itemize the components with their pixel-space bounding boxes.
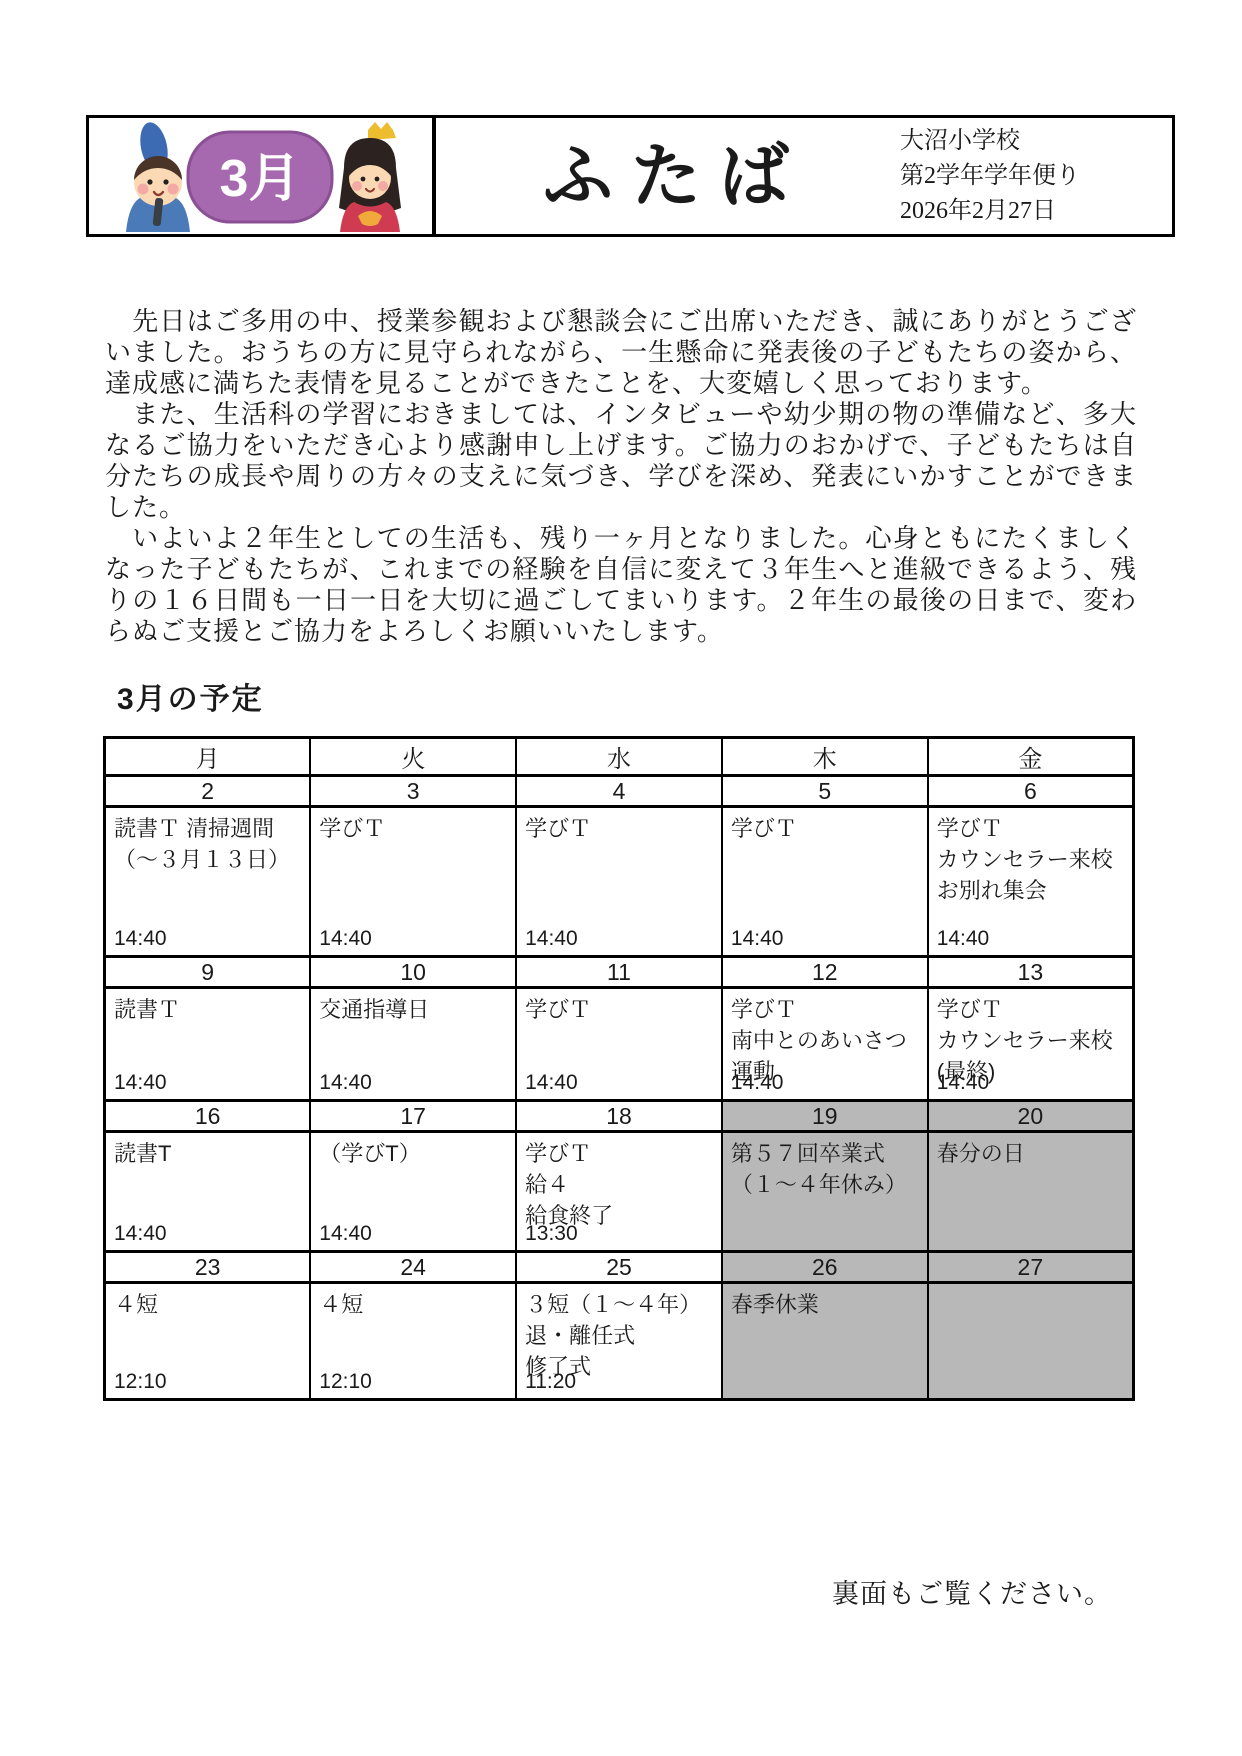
- event-line: （～３月１３日）: [114, 844, 301, 875]
- event-line: 学びＴ: [525, 813, 713, 844]
- weekday-header-row: 月 火 水 木 金: [105, 738, 1134, 776]
- date-cell: 25: [516, 1252, 722, 1283]
- dismissal-time: 13:30: [525, 1222, 578, 1246]
- event-line: 交通指導日: [319, 994, 507, 1025]
- date-row-week-4: 2324252627: [105, 1252, 1134, 1283]
- title-cell: ふたば: [436, 118, 900, 234]
- event-line: 学びＴ: [731, 813, 919, 844]
- dismissal-time: 14:40: [525, 1071, 578, 1095]
- date-row-week-2: 910111213: [105, 957, 1134, 988]
- event-line: ４短: [114, 1289, 301, 1320]
- schedule-table: 月 火 水 木 金 23456読書Ｔ 清掃週間（～３月１３日）14:40学びＴ1…: [103, 736, 1135, 1401]
- newsletter-title: ふたば: [529, 141, 807, 211]
- event-cell: 読書Ｔ 清掃週間（～３月１３日）14:40: [105, 807, 311, 957]
- weekday-fri: 金: [928, 738, 1134, 776]
- header-box: 3月 ふたば: [86, 115, 1175, 237]
- event-line: 第５７回卒業式: [731, 1138, 919, 1169]
- paragraph-greeting: 先日はご多用の中、授業参観および懇談会にご出席いただき、誠にありがとうございまし…: [105, 306, 1137, 399]
- event-lines: 読書T: [114, 1138, 301, 1169]
- event-cell: ３短（１～４年）退・離任式修了式11:20: [516, 1283, 722, 1400]
- school-name: 大沼小学校: [900, 124, 1166, 159]
- dismissal-time: 14:40: [731, 1071, 784, 1095]
- event-lines: 春分の日: [937, 1138, 1124, 1169]
- date-cell: 6: [928, 776, 1134, 807]
- boy-doll-icon: [126, 120, 190, 232]
- date-row-week-1: 23456: [105, 776, 1134, 807]
- date-cell: 20: [928, 1101, 1134, 1132]
- event-cell: 読書Ｔ14:40: [105, 988, 311, 1101]
- event-lines: 学びＴ給４給食終了: [525, 1138, 713, 1231]
- dismissal-time: 11:20: [525, 1370, 576, 1394]
- weekday-thu: 木: [722, 738, 928, 776]
- event-line: 給４: [525, 1169, 713, 1200]
- event-lines: ３短（１～４年）退・離任式修了式: [525, 1289, 713, 1382]
- footer-note: 裏面もご覧ください。: [832, 1572, 1112, 1611]
- event-row-week-2: 読書Ｔ14:40交通指導日14:40学びＴ14:40学びＴ南中とのあいさつ運動1…: [105, 988, 1134, 1101]
- month-badge: 3月: [188, 132, 332, 222]
- hina-dolls-illustration: 3月: [96, 120, 426, 232]
- event-lines: 学びＴ: [731, 813, 919, 844]
- event-cell: 学びＴカウンセラー来校お別れ集会14:40: [928, 807, 1134, 957]
- dismissal-time: 14:40: [319, 1222, 372, 1246]
- event-cell: 読書T14:40: [105, 1132, 311, 1252]
- event-line: 学びＴ: [937, 994, 1124, 1025]
- dismissal-time: 14:40: [937, 927, 990, 951]
- date-cell: 10: [310, 957, 516, 988]
- issue-date: 2026年2月27日: [900, 194, 1166, 229]
- date-cell: 5: [722, 776, 928, 807]
- header-illustration-cell: 3月: [89, 118, 436, 234]
- weekday-mon: 月: [105, 738, 311, 776]
- paragraph-seikatsuka: また、生活科の学習におきましては、インタビューや幼少期の物の準備など、多大なるご…: [105, 399, 1137, 523]
- event-line: 読書T: [114, 1138, 301, 1169]
- event-line: 読書Ｔ 清掃週間: [114, 813, 301, 844]
- dismissal-time: 14:40: [319, 927, 372, 951]
- event-cell: 学びＴ14:40: [310, 807, 516, 957]
- event-lines: 交通指導日: [319, 994, 507, 1025]
- date-cell: 18: [516, 1101, 722, 1132]
- event-cell: 学びＴ給４給食終了13:30: [516, 1132, 722, 1252]
- event-lines: （学びT）: [319, 1138, 507, 1169]
- schedule-heading: 3月の予定: [117, 674, 264, 718]
- event-line: 春分の日: [937, 1138, 1124, 1169]
- event-cell: 学びＴ14:40: [516, 988, 722, 1101]
- date-cell: 11: [516, 957, 722, 988]
- event-cell: 学びＴ南中とのあいさつ運動14:40: [722, 988, 928, 1101]
- date-cell: 9: [105, 957, 311, 988]
- event-lines: 学びＴ: [319, 813, 507, 844]
- event-line: 読書Ｔ: [114, 994, 301, 1025]
- event-line: 学びＴ: [937, 813, 1124, 844]
- weekday-tue: 火: [310, 738, 516, 776]
- date-cell: 3: [310, 776, 516, 807]
- event-lines: ４短: [319, 1289, 507, 1320]
- dismissal-time: 14:40: [319, 1071, 372, 1095]
- dismissal-time: 12:10: [319, 1370, 372, 1394]
- event-line: 春季休業: [731, 1289, 919, 1320]
- schedule-table-body: 23456読書Ｔ 清掃週間（～３月１３日）14:40学びＴ14:40学びＴ14:…: [105, 776, 1134, 1400]
- dismissal-time: 14:40: [114, 927, 167, 951]
- weekday-wed: 水: [516, 738, 722, 776]
- date-cell: 17: [310, 1101, 516, 1132]
- dismissal-time: 14:40: [114, 1071, 167, 1095]
- date-cell: 4: [516, 776, 722, 807]
- date-cell: 24: [310, 1252, 516, 1283]
- school-info: 大沼小学校 第2学年学年便り 2026年2月27日: [900, 118, 1172, 234]
- date-cell: 2: [105, 776, 311, 807]
- girl-doll-icon: [339, 122, 401, 232]
- event-cell: 春季休業: [722, 1283, 928, 1400]
- event-lines: 学びＴカウンセラー来校お別れ集会: [937, 813, 1124, 906]
- event-line: カウンセラー来校: [937, 844, 1124, 875]
- date-row-week-3: 1617181920: [105, 1101, 1134, 1132]
- event-row-week-3: 読書T14:40（学びT）14:40学びＴ給４給食終了13:30第５７回卒業式（…: [105, 1132, 1134, 1252]
- event-row-week-1: 読書Ｔ 清掃週間（～３月１３日）14:40学びＴ14:40学びＴ14:40学びＴ…: [105, 807, 1134, 957]
- date-cell: 12: [722, 957, 928, 988]
- event-lines: 春季休業: [731, 1289, 919, 1320]
- event-line: 学びＴ: [731, 994, 919, 1025]
- event-lines: 学びＴ: [525, 813, 713, 844]
- event-line: お別れ集会: [937, 875, 1124, 906]
- event-cell: 学びＴ14:40: [516, 807, 722, 957]
- grade-newsletter: 第2学年学年便り: [900, 159, 1166, 194]
- event-row-week-4: ４短12:10４短12:10３短（１～４年）退・離任式修了式11:20春季休業: [105, 1283, 1134, 1400]
- event-cell: ４短12:10: [310, 1283, 516, 1400]
- dismissal-time: 14:40: [525, 927, 578, 951]
- event-cell: 第５７回卒業式（１～４年休み）: [722, 1132, 928, 1252]
- event-lines: 学びＴ: [525, 994, 713, 1025]
- month-badge-label: 3月: [219, 150, 300, 208]
- event-line: 学びＴ: [525, 1138, 713, 1169]
- date-cell: 19: [722, 1101, 928, 1132]
- event-cell: [928, 1283, 1134, 1400]
- paragraph-closing: いよいよ２年生としての生活も、残り一ヶ月となりました。心身ともにたくましくなった…: [105, 523, 1137, 647]
- body-text: 先日はご多用の中、授業参観および懇談会にご出席いただき、誠にありがとうございまし…: [105, 306, 1137, 647]
- event-cell: 学びＴカウンセラー来校(最終)14:40: [928, 988, 1134, 1101]
- event-cell: 学びＴ14:40: [722, 807, 928, 957]
- date-cell: 23: [105, 1252, 311, 1283]
- event-line: （１～４年休み）: [731, 1169, 919, 1200]
- event-line: 学びＴ: [525, 994, 713, 1025]
- event-cell: ４短12:10: [105, 1283, 311, 1400]
- dismissal-time: 12:10: [114, 1370, 167, 1394]
- event-lines: 読書Ｔ 清掃週間（～３月１３日）: [114, 813, 301, 875]
- event-cell: （学びT）14:40: [310, 1132, 516, 1252]
- event-lines: 第５７回卒業式（１～４年休み）: [731, 1138, 919, 1200]
- dismissal-time: 14:40: [114, 1222, 167, 1246]
- event-line: 退・離任式: [525, 1320, 713, 1351]
- event-line: ３短（１～４年）: [525, 1289, 713, 1320]
- event-cell: 交通指導日14:40: [310, 988, 516, 1101]
- event-line: 学びＴ: [319, 813, 507, 844]
- dismissal-time: 14:40: [937, 1071, 990, 1095]
- date-cell: 26: [722, 1252, 928, 1283]
- event-line: ４短: [319, 1289, 507, 1320]
- event-lines: ４短: [114, 1289, 301, 1320]
- date-cell: 16: [105, 1101, 311, 1132]
- date-cell: 13: [928, 957, 1134, 988]
- newsletter-page: 3月 ふたば: [0, 0, 1242, 1756]
- date-cell: 27: [928, 1252, 1134, 1283]
- event-lines: 読書Ｔ: [114, 994, 301, 1025]
- dismissal-time: 14:40: [731, 927, 784, 951]
- event-line: （学びT）: [319, 1138, 507, 1169]
- event-cell: 春分の日: [928, 1132, 1134, 1252]
